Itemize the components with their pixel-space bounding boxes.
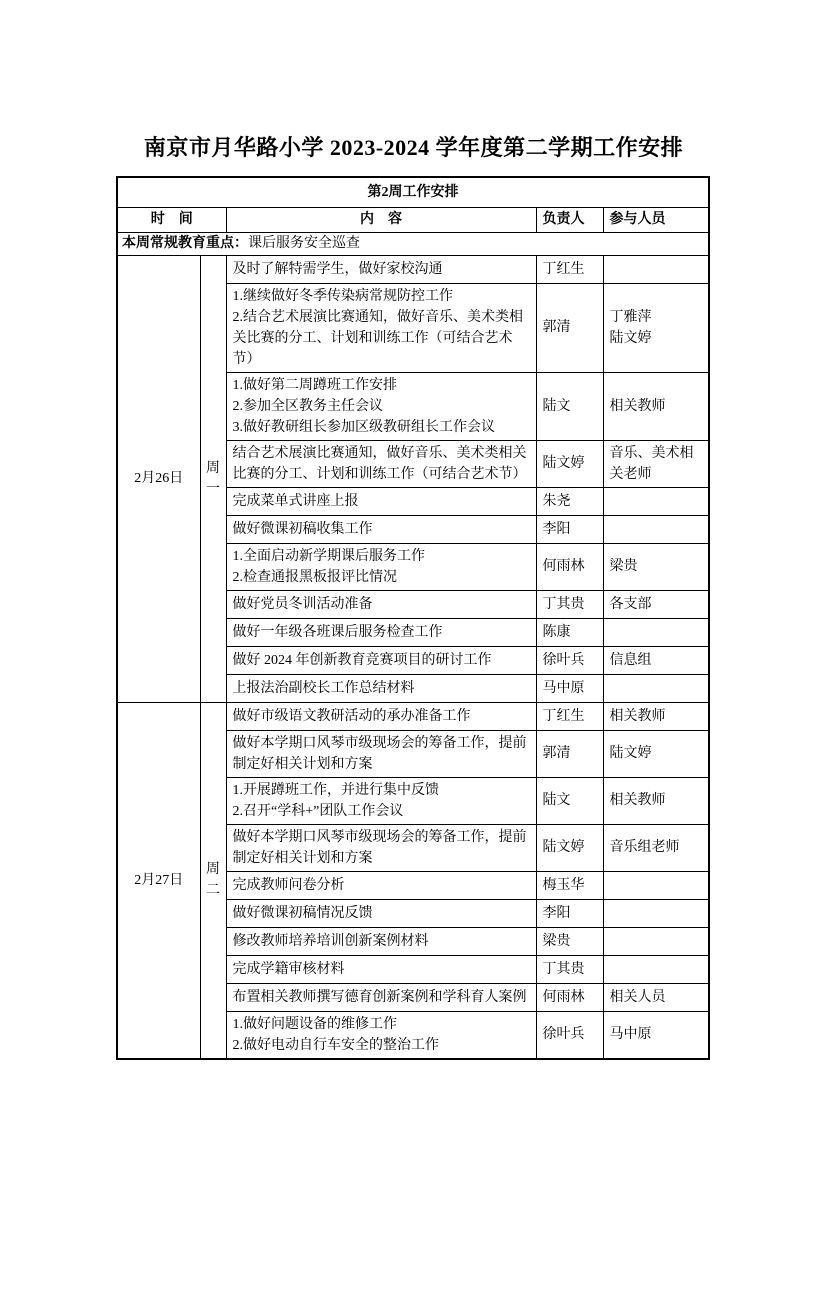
- participants-cell: [603, 871, 709, 899]
- lead-cell: 陆文: [536, 372, 603, 440]
- task-content-cell: 做好市级语文教研活动的承办准备工作: [226, 702, 536, 730]
- lead-cell: 梁贵: [536, 927, 603, 955]
- task-content-cell: 修改教师培养培训创新案例材料: [226, 927, 536, 955]
- task-content-cell: 完成菜单式讲座上报: [226, 487, 536, 515]
- participants-cell: [603, 955, 709, 983]
- task-item: 做好微课初稿收集工作: [233, 519, 533, 540]
- lead-cell: 陆文: [536, 777, 603, 824]
- table-row: 2月26日周一及时了解特需学生，做好家校沟通丁红生: [117, 255, 709, 283]
- lead-cell: 何雨林: [536, 543, 603, 590]
- participants-cell: 各支部: [603, 590, 709, 618]
- participant-item: 信息组: [610, 650, 707, 671]
- task-content-cell: 完成学籍审核材料: [226, 955, 536, 983]
- task-item: 布置相关教师撰写德育创新案例和学科育人案例: [233, 987, 533, 1008]
- lead-cell: 丁红生: [536, 702, 603, 730]
- lead-cell: 郭清: [536, 283, 603, 372]
- participants-cell: 梁贵: [603, 543, 709, 590]
- participant-item: 陆文婷: [610, 743, 707, 764]
- task-content-cell: 1.继续做好冬季传染病常规防控工作2.结合艺术展演比赛通知，做好音乐、美术类相关…: [226, 283, 536, 372]
- participants-cell: 信息组: [603, 646, 709, 674]
- task-content-cell: 1.做好问题设备的维修工作2.做好电动自行车安全的整治工作: [226, 1011, 536, 1059]
- participant-item: 各支部: [610, 594, 707, 615]
- lead-cell: 陈康: [536, 618, 603, 646]
- participant-item: 丁雅萍: [610, 307, 707, 328]
- lead-cell: 朱尧: [536, 487, 603, 515]
- task-item: 2.召开“学科+”团队工作会议: [233, 801, 533, 822]
- participant-item: 相关教师: [610, 396, 707, 417]
- table-row: 2月27日周二做好市级语文教研活动的承办准备工作丁红生相关教师: [117, 702, 709, 730]
- task-item: 3.做好教研组长参加区级教研组长工作会议: [233, 417, 533, 438]
- task-item: 1.全面启动新学期课后服务工作: [233, 546, 533, 567]
- lead-cell: 丁红生: [536, 255, 603, 283]
- work-schedule-table: 第2周工作安排 时 间 内 容 负责人 参与人员 本周常规教育重点：课后服务安全…: [116, 176, 710, 1060]
- task-content-cell: 做好 2024 年创新教育竞赛项目的研讨工作: [226, 646, 536, 674]
- task-content-cell: 结合艺术展演比赛通知，做好音乐、美术类相关比赛的分工、计划和训练工作（可结合艺术…: [226, 440, 536, 487]
- task-content-cell: 布置相关教师撰写德育创新案例和学科育人案例: [226, 983, 536, 1011]
- participant-item: 音乐组老师: [610, 837, 707, 858]
- task-item: 做好党员冬训活动准备: [233, 594, 533, 615]
- lead-cell: 陆文婷: [536, 440, 603, 487]
- task-item: 1.开展蹲班工作，并进行集中反馈: [233, 780, 533, 801]
- participants-cell: [603, 899, 709, 927]
- date-cell: 2月26日: [117, 255, 200, 702]
- lead-cell: 梅玉华: [536, 871, 603, 899]
- participants-cell: 音乐、美术相关老师: [603, 440, 709, 487]
- participant-item: 马中原: [610, 1024, 707, 1045]
- task-item: 做好微课初稿情况反馈: [233, 903, 533, 924]
- column-header-content: 内 容: [226, 207, 536, 232]
- lead-cell: 徐叶兵: [536, 1011, 603, 1059]
- task-content-cell: 1.开展蹲班工作，并进行集中反馈2.召开“学科+”团队工作会议: [226, 777, 536, 824]
- task-content-cell: 上报法治副校长工作总结材料: [226, 674, 536, 702]
- participant-item: 梁贵: [610, 556, 707, 577]
- participants-cell: 相关教师: [603, 702, 709, 730]
- participants-cell: 相关教师: [603, 372, 709, 440]
- work-table-body: 第2周工作安排 时 间 内 容 负责人 参与人员 本周常规教育重点：课后服务安全…: [117, 177, 709, 1059]
- task-content-cell: 做好微课初稿收集工作: [226, 515, 536, 543]
- table-caption: 第2周工作安排: [117, 177, 709, 207]
- lead-cell: 何雨林: [536, 983, 603, 1011]
- task-item: 做好市级语文教研活动的承办准备工作: [233, 706, 533, 727]
- task-content-cell: 及时了解特需学生，做好家校沟通: [226, 255, 536, 283]
- weekly-focus-row: 本周常规教育重点：课后服务安全巡查: [117, 232, 709, 255]
- task-item: 完成教师问卷分析: [233, 875, 533, 896]
- column-header-participants: 参与人员: [603, 207, 709, 232]
- participants-cell: 音乐组老师: [603, 824, 709, 871]
- task-item: 及时了解特需学生，做好家校沟通: [233, 259, 533, 280]
- lead-cell: 马中原: [536, 674, 603, 702]
- participants-cell: 相关人员: [603, 983, 709, 1011]
- participant-item: 相关人员: [610, 987, 707, 1008]
- participants-cell: 丁雅萍陆文婷: [603, 283, 709, 372]
- task-content-cell: 做好一年级各班课后服务检查工作: [226, 618, 536, 646]
- weekly-focus-cell: 本周常规教育重点：课后服务安全巡查: [117, 232, 709, 255]
- participants-cell: [603, 487, 709, 515]
- task-item: 上报法治副校长工作总结材料: [233, 678, 533, 699]
- participants-cell: [603, 618, 709, 646]
- date-cell: 2月27日: [117, 702, 200, 1059]
- lead-cell: 李阳: [536, 515, 603, 543]
- weekly-focus-label: 本周常规教育重点：: [122, 236, 248, 251]
- lead-cell: 郭清: [536, 730, 603, 777]
- task-item: 2.结合艺术展演比赛通知，做好音乐、美术类相关比赛的分工、计划和训练工作（可结合…: [233, 307, 533, 370]
- task-content-cell: 1.做好第二周蹲班工作安排2.参加全区教务主任会议3.做好教研组长参加区级教研组…: [226, 372, 536, 440]
- weekday-cell: 周一: [200, 255, 226, 702]
- participants-cell: [603, 927, 709, 955]
- task-content-cell: 做好本学期口风琴市级现场会的筹备工作，提前制定好相关计划和方案: [226, 730, 536, 777]
- weekly-focus-text: 课后服务安全巡查: [248, 236, 360, 251]
- participants-cell: 马中原: [603, 1011, 709, 1059]
- column-header-lead: 负责人: [536, 207, 603, 232]
- participants-cell: [603, 674, 709, 702]
- task-item: 修改教师培养培训创新案例材料: [233, 931, 533, 952]
- column-header-time: 时 间: [117, 207, 226, 232]
- task-item: 做好 2024 年创新教育竞赛项目的研讨工作: [233, 650, 533, 671]
- lead-cell: 丁其贵: [536, 590, 603, 618]
- task-item: 1.继续做好冬季传染病常规防控工作: [233, 286, 533, 307]
- lead-cell: 丁其贵: [536, 955, 603, 983]
- header-row: 时 间 内 容 负责人 参与人员: [117, 207, 709, 232]
- task-item: 完成学籍审核材料: [233, 959, 533, 980]
- task-item: 2.检查通报黑板报评比情况: [233, 567, 533, 588]
- task-content-cell: 1.全面启动新学期课后服务工作2.检查通报黑板报评比情况: [226, 543, 536, 590]
- lead-cell: 徐叶兵: [536, 646, 603, 674]
- participants-cell: 相关教师: [603, 777, 709, 824]
- participants-cell: [603, 255, 709, 283]
- participant-item: 相关教师: [610, 706, 707, 727]
- participant-item: 相关教师: [610, 790, 707, 811]
- participant-item: 陆文婷: [610, 328, 707, 349]
- task-item: 做好本学期口风琴市级现场会的筹备工作，提前制定好相关计划和方案: [233, 733, 533, 775]
- task-content-cell: 做好本学期口风琴市级现场会的筹备工作，提前制定好相关计划和方案: [226, 824, 536, 871]
- task-item: 结合艺术展演比赛通知，做好音乐、美术类相关比赛的分工、计划和训练工作（可结合艺术…: [233, 443, 533, 485]
- task-content-cell: 做好党员冬训活动准备: [226, 590, 536, 618]
- caption-row: 第2周工作安排: [117, 177, 709, 207]
- task-item: 2.做好电动自行车安全的整治工作: [233, 1035, 533, 1056]
- task-content-cell: 做好微课初稿情况反馈: [226, 899, 536, 927]
- participants-cell: [603, 515, 709, 543]
- participants-cell: 陆文婷: [603, 730, 709, 777]
- weekday-cell: 周二: [200, 702, 226, 1059]
- lead-cell: 陆文婷: [536, 824, 603, 871]
- participant-item: 音乐、美术相关老师: [610, 443, 707, 485]
- lead-cell: 李阳: [536, 899, 603, 927]
- task-item: 做好本学期口风琴市级现场会的筹备工作，提前制定好相关计划和方案: [233, 827, 533, 869]
- task-item: 2.参加全区教务主任会议: [233, 396, 533, 417]
- task-content-cell: 完成教师问卷分析: [226, 871, 536, 899]
- task-item: 完成菜单式讲座上报: [233, 491, 533, 512]
- page-title: 南京市月华路小学 2023-2024 学年度第二学期工作安排: [0, 131, 827, 162]
- task-item: 1.做好问题设备的维修工作: [233, 1014, 533, 1035]
- task-item: 做好一年级各班课后服务检查工作: [233, 622, 533, 643]
- task-item: 1.做好第二周蹲班工作安排: [233, 375, 533, 396]
